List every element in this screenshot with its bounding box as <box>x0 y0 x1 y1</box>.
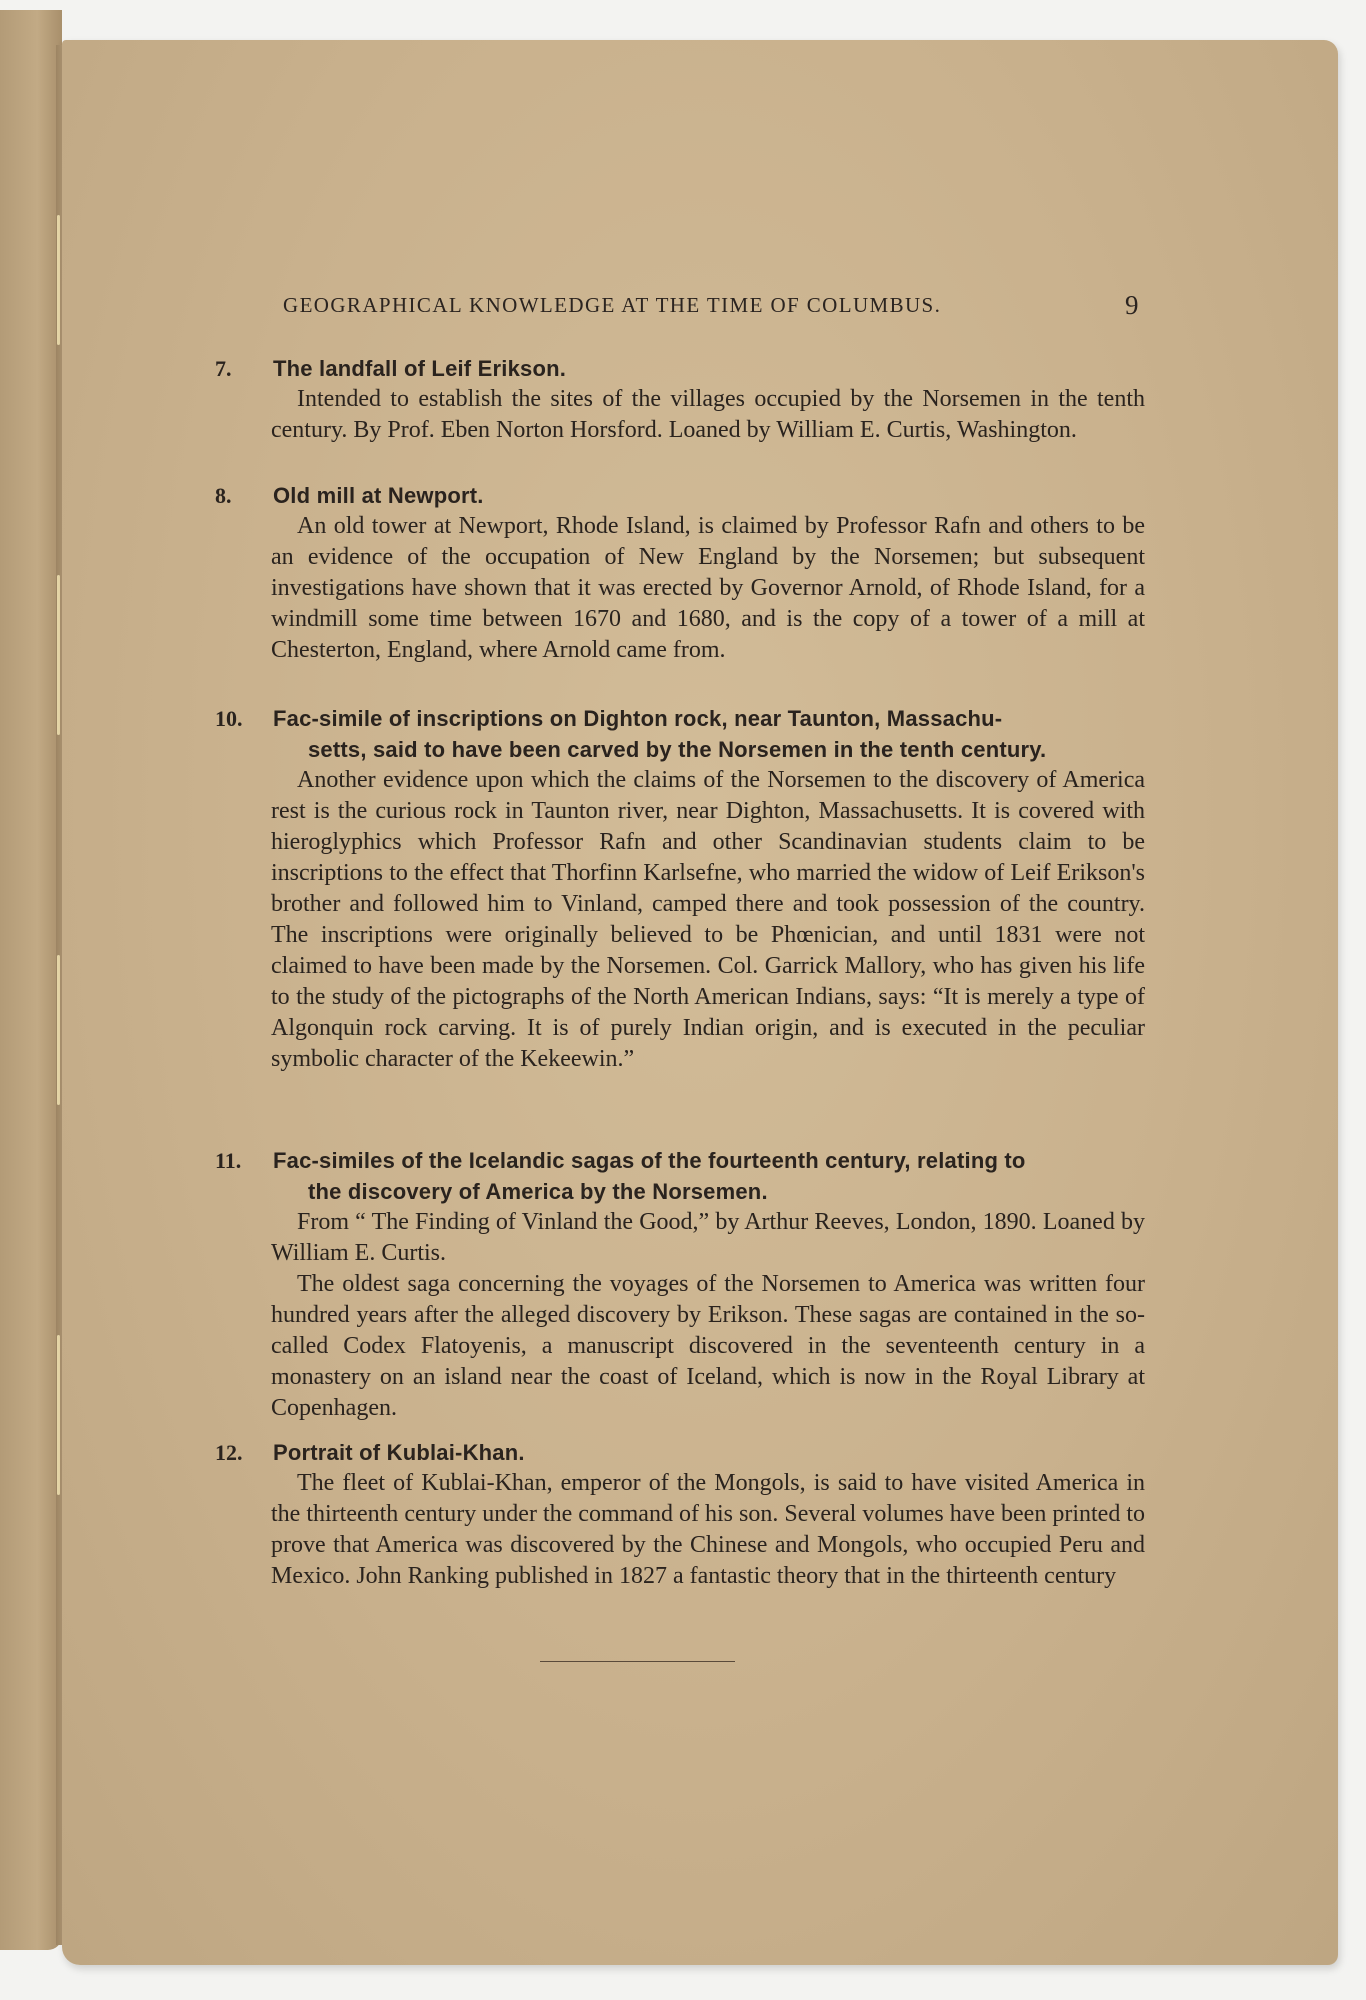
catalog-item-10: 10. Fac-simile of inscriptions on Dighto… <box>215 703 1145 1075</box>
item-title: The landfall of Leif Erikson. <box>273 353 1145 384</box>
item-number: 7. <box>215 353 265 384</box>
facing-page-edge <box>0 10 62 1950</box>
item-title: Old mill at Newport. <box>273 480 1145 511</box>
item-number: 11. <box>215 1145 265 1176</box>
item-paragraph: Intended to establish the sites of the v… <box>271 384 1145 446</box>
item-number: 10. <box>215 703 265 734</box>
item-paragraph: The oldest saga concerning the voyages o… <box>271 1269 1145 1424</box>
item-title-line: the discovery of America by the Norsemen… <box>273 1176 1145 1207</box>
item-number: 8. <box>215 480 265 511</box>
item-number: 12. <box>215 1437 265 1468</box>
binding-stitch <box>57 575 60 735</box>
item-paragraph: Another evidence upon which the claims o… <box>271 765 1145 1075</box>
item-paragraph: The fleet of Kublai-Khan, emperor of the… <box>271 1468 1145 1592</box>
item-title: Portrait of Kublai-Khan. <box>273 1437 1145 1468</box>
binding-stitch <box>57 1335 60 1495</box>
footer-rule <box>540 1661 735 1662</box>
item-title-line: Fac-simile of inscriptions on Dighton ro… <box>273 706 1002 731</box>
item-title-line: Fac-similes of the Icelandic sagas of th… <box>273 1148 1026 1173</box>
catalog-item-7: 7. The landfall of Leif Erikson. Intende… <box>215 353 1145 446</box>
item-paragraph: An old tower at Newport, Rhode Island, i… <box>271 511 1145 666</box>
running-head: GEOGRAPHICAL KNOWLEDGE AT THE TIME OF CO… <box>283 293 1083 318</box>
catalog-item-12: 12. Portrait of Kublai-Khan. The fleet o… <box>215 1437 1145 1592</box>
item-title-line: setts, said to have been carved by the N… <box>273 734 1145 765</box>
catalog-item-11: 11. Fac-similes of the Icelandic sagas o… <box>215 1145 1145 1424</box>
item-title: Fac-simile of inscriptions on Dighton ro… <box>273 703 1145 765</box>
page-number: 9 <box>1125 290 1139 321</box>
binding-stitch <box>57 955 60 1105</box>
item-title: Fac-similes of the Icelandic sagas of th… <box>273 1145 1145 1207</box>
item-paragraph: From “ The Finding of Vinland the Good,”… <box>271 1207 1145 1269</box>
catalog-item-8: 8. Old mill at Newport. An old tower at … <box>215 480 1145 666</box>
binding-stitch <box>57 215 60 345</box>
